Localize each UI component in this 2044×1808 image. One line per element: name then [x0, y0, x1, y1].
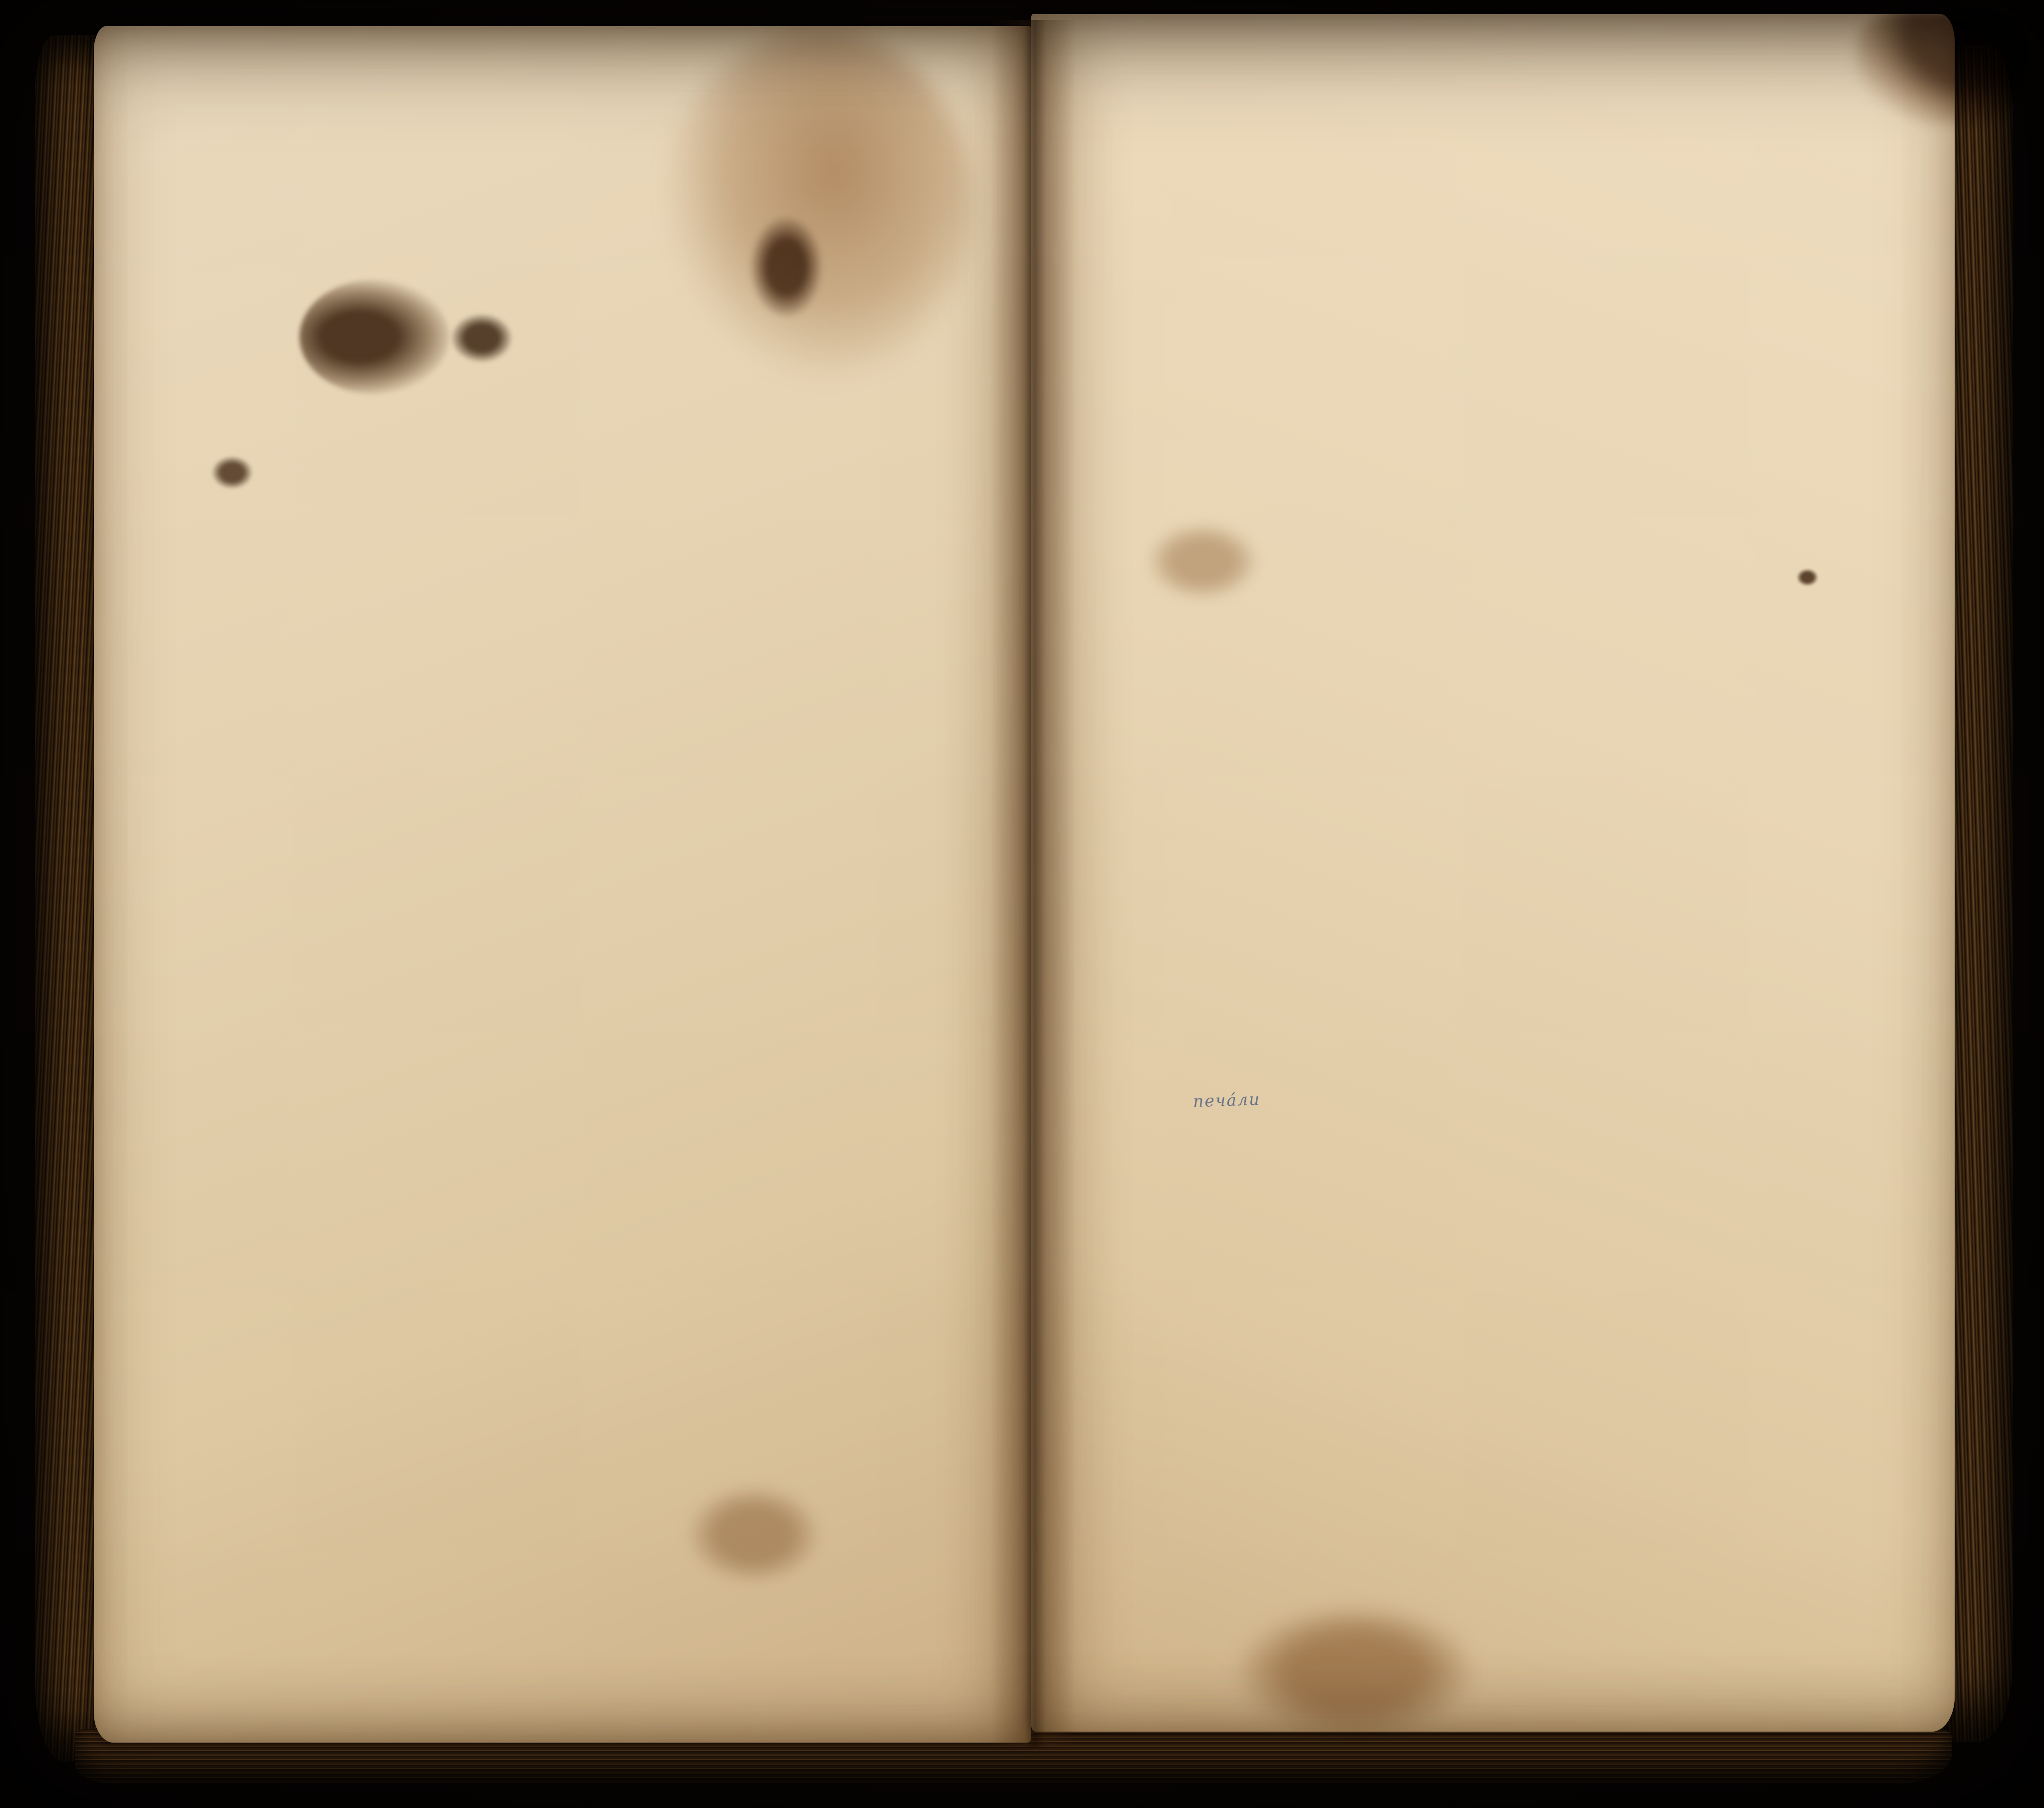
handwritten-ink-annotation: печа́ли: [1192, 1089, 1261, 1111]
left-page: [94, 26, 1031, 1743]
book-photo: КНИ́ГИ • товї́а в̃ ли́ш іере тогда̀ рѐ д…: [0, 0, 2044, 1808]
right-page: [1031, 14, 1955, 1732]
